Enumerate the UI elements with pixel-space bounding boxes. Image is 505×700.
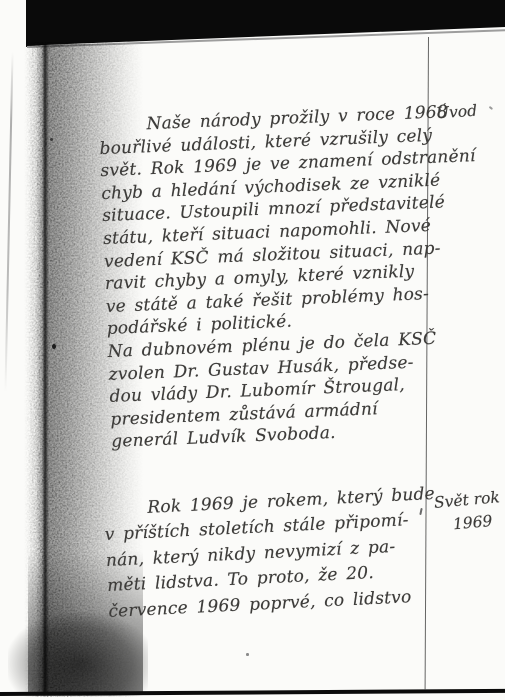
ink-speck xyxy=(489,106,493,110)
handwritten-paragraph-1: Naše národy prožily v roce 1968 bouřlivé… xyxy=(98,102,446,454)
handwritten-paragraph-2: Rok 1969 je rokem, který bude v příštích… xyxy=(103,482,444,625)
scanned-document-page: Naše národy prožily v roce 1968 bouřlivé… xyxy=(0,0,505,700)
ink-speck xyxy=(246,653,249,656)
margin-note-line: 1969 xyxy=(452,509,503,536)
margin-note-svet-rok-1969: Svět rok 1969 xyxy=(433,486,503,538)
margin-note-uvod: Úvod xyxy=(435,102,477,123)
ink-speck xyxy=(50,138,53,141)
ink-speck xyxy=(52,344,56,349)
left-page-edge-line xyxy=(4,52,13,392)
